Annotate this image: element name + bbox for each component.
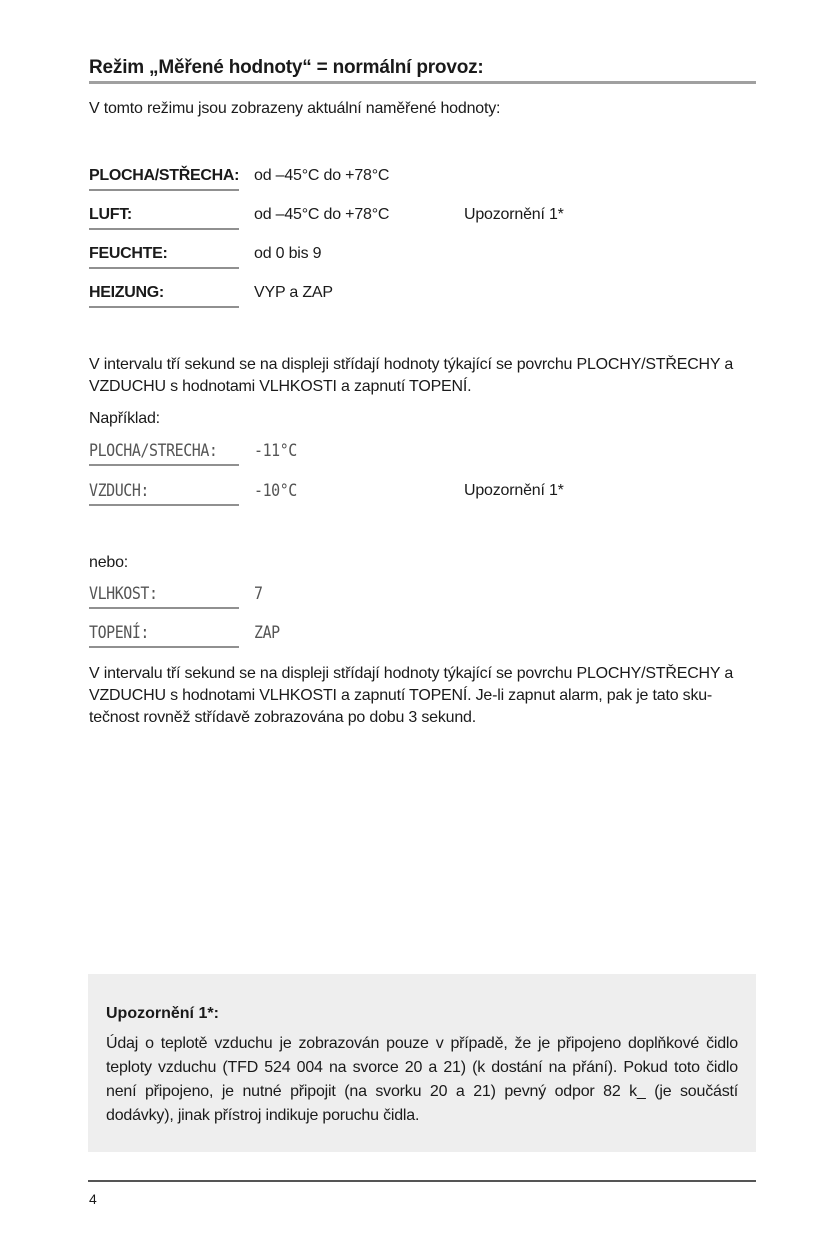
range-row-feuchte: FEUCHTE: od 0 bis 9	[89, 243, 689, 269]
range-label: HEIZUNG:	[89, 282, 239, 308]
range-label: FEUCHTE:	[89, 243, 239, 269]
note-title: Upozornění 1*:	[106, 1003, 219, 1025]
lcd-label: VLHKOST:	[89, 583, 158, 605]
lcd-label: PLOCHA/STRECHA:	[89, 440, 218, 462]
range-label: PLOCHA/STŘECHA:	[89, 165, 239, 191]
range-row-heizung: HEIZUNG: VYP a ZAP	[89, 282, 689, 308]
section-heading: Režim „Měřené hodnoty“ = normální provoz…	[89, 57, 756, 84]
note-body: Údaj o teplotě vzduchu je zobrazován pou…	[106, 1032, 738, 1128]
range-note: Upozornění 1*	[464, 204, 564, 226]
range-label: LUFT:	[89, 204, 239, 230]
lcd-row-plocha: PLOCHA/STRECHA: -11°C	[89, 440, 689, 466]
lcd-row-topeni: TOPENÍ: ZAP	[89, 622, 689, 648]
lcd-value: 7	[254, 583, 263, 605]
range-value: od 0 bis 9	[254, 243, 321, 265]
lcd-note: Upozornění 1*	[464, 480, 564, 502]
example-label: Například:	[89, 408, 759, 430]
range-value: VYP a ZAP	[254, 282, 333, 304]
document-page: Režim „Měřené hodnoty“ = normální provoz…	[0, 0, 815, 1240]
range-value: od –45°C do +78°C	[254, 204, 389, 226]
page-number: 4	[89, 1190, 97, 1208]
lcd-row-vlhkost: VLHKOST: 7	[89, 583, 689, 609]
range-value: od –45°C do +78°C	[254, 165, 389, 187]
lcd-label: VZDUCH:	[89, 480, 149, 502]
intro-text: V tomto režimu jsou zobrazeny aktuální n…	[89, 98, 759, 120]
lcd-label: TOPENÍ:	[89, 622, 149, 644]
range-row-luft: LUFT: od –45°C do +78°C Upozornění 1*	[89, 204, 689, 230]
range-row-plocha: PLOCHA/STŘECHA: od –45°C do +78°C	[89, 165, 689, 191]
paragraph-2: V intervalu tří sekund se na displeji st…	[89, 663, 759, 729]
lcd-value: -11°C	[254, 440, 297, 462]
note-box: Upozornění 1*: Údaj o teplotě vzduchu je…	[88, 974, 756, 1152]
footer-divider	[88, 1180, 756, 1182]
paragraph-1: V intervalu tří sekund se na displeji st…	[89, 354, 759, 398]
lcd-row-vzduch: VZDUCH: -10°C Upozornění 1*	[89, 480, 689, 506]
or-label: nebo:	[89, 552, 759, 574]
lcd-value: -10°C	[254, 480, 297, 502]
lcd-value: ZAP	[254, 622, 280, 644]
